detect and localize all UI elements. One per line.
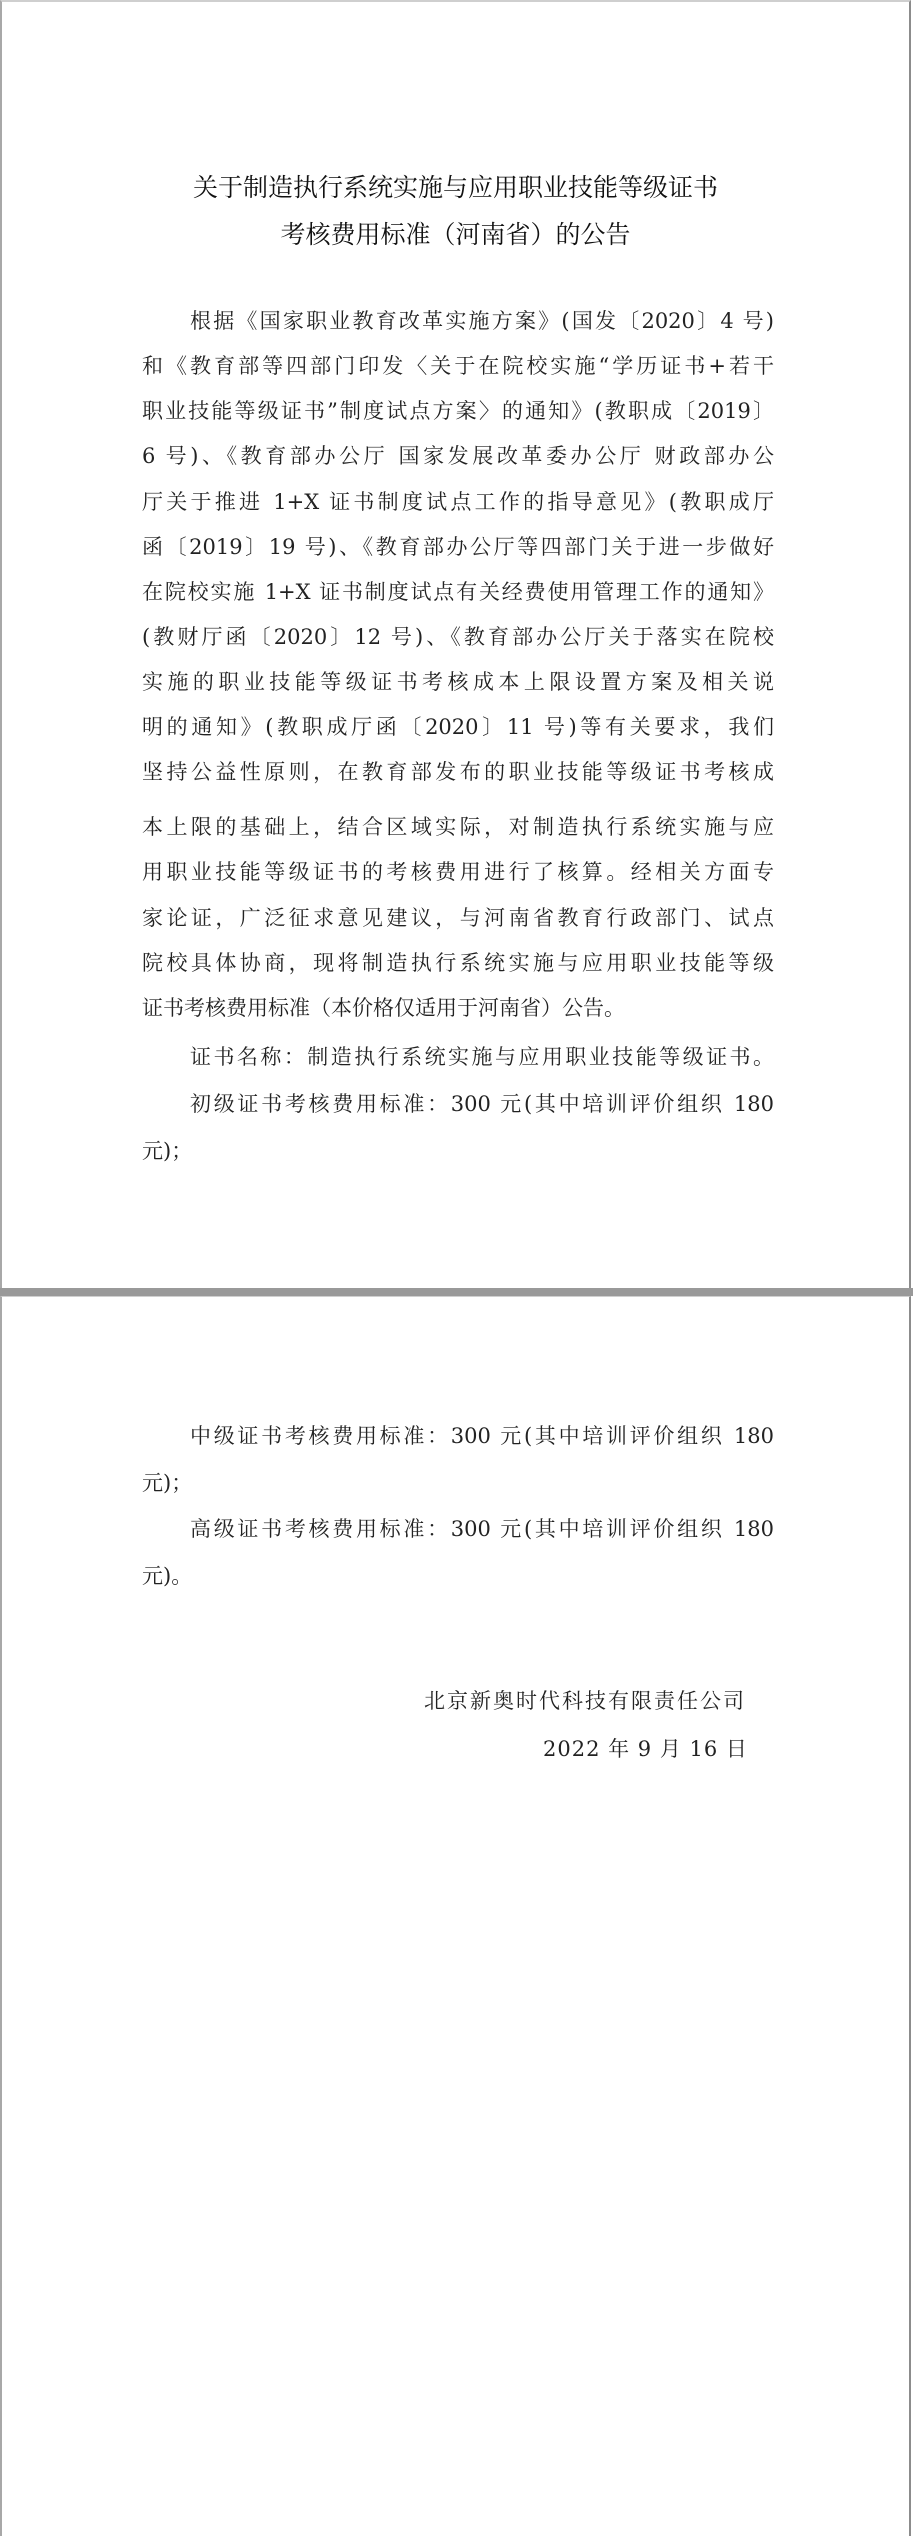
body-line: 6 号)、《教育部办公厅 国家发展改革委办公厅 财政部办公 — [142, 443, 774, 469]
fee-junior-line-cont: 元)； — [142, 1138, 774, 1164]
body-line: 院校具体协商，现将制造执行系统实施与应用职业技能等级 — [142, 950, 774, 976]
body-line: 用职业技能等级证书的考核费用进行了核算。经相关方面专 — [142, 859, 774, 885]
page-separator — [0, 1288, 913, 1296]
fee-intermediate-line-cont: 元)； — [142, 1470, 774, 1496]
fee-intermediate-line: 中级证书考核费用标准：300 元(其中培训评价组织 180 — [190, 1423, 774, 1449]
body-line: 在院校实施 1+X 证书制度试点有关经费使用管理工作的通知》 — [142, 579, 774, 605]
body-line: (教财厅函〔2020〕12 号)、《教育部办公厅关于落实在院校 — [142, 624, 774, 650]
body-line: 实施的职业技能等级证书考核成本上限设置方案及相关说 — [142, 669, 774, 695]
fee-junior-line: 初级证书考核费用标准：300 元(其中培训评价组织 180 — [190, 1091, 774, 1117]
body-line: 坚持公益性原则，在教育部发布的职业技能等级证书考核成 — [142, 759, 774, 785]
body-line: 本上限的基础上，结合区域实际，对制造执行系统实施与应 — [142, 814, 774, 840]
body-line: 根据《国家职业教育改革实施方案》(国发〔2020〕4 号) — [190, 308, 774, 334]
certificate-name-line: 证书名称：制造执行系统实施与应用职业技能等级证书。 — [190, 1044, 774, 1070]
body-line: 家论证，广泛征求意见建议，与河南省教育行政部门、试点 — [142, 905, 774, 931]
body-line: 证书考核费用标准（本价格仅适用于河南省）公告。 — [142, 995, 774, 1021]
signature-company: 北京新奥时代科技有限责任公司 — [424, 1688, 746, 1714]
document-page-1: 关于制造执行系统实施与应用职业技能等级证书 考核费用标准（河南省）的公告 根据《… — [0, 0, 911, 1288]
fee-senior-line: 高级证书考核费用标准：300 元(其中培训评价组织 180 — [190, 1516, 774, 1542]
body-line: 明的通知》(教职成厅函〔2020〕11 号)等有关要求，我们 — [142, 714, 774, 740]
document-title-line-2: 考核费用标准（河南省）的公告 — [2, 215, 909, 251]
fee-senior-line-cont: 元)。 — [142, 1563, 774, 1589]
body-line: 职业技能等级证书”制度试点方案〉的通知》(教职成〔2019〕 — [142, 398, 774, 424]
signature-date: 2022 年 9 月 16 日 — [543, 1736, 748, 1762]
document-page-2: 中级证书考核费用标准：300 元(其中培训评价组织 180 元)； 高级证书考核… — [0, 1296, 911, 2536]
body-line: 函〔2019〕19 号)、《教育部办公厅等四部门关于进一步做好 — [142, 534, 774, 560]
body-line: 和《教育部等四部门印发〈关于在院校实施“学历证书+若干 — [142, 353, 774, 379]
document-title-line-1: 关于制造执行系统实施与应用职业技能等级证书 — [2, 168, 909, 204]
body-line: 厅关于推进 1+X 证书制度试点工作的指导意见》(教职成厅 — [142, 489, 774, 515]
